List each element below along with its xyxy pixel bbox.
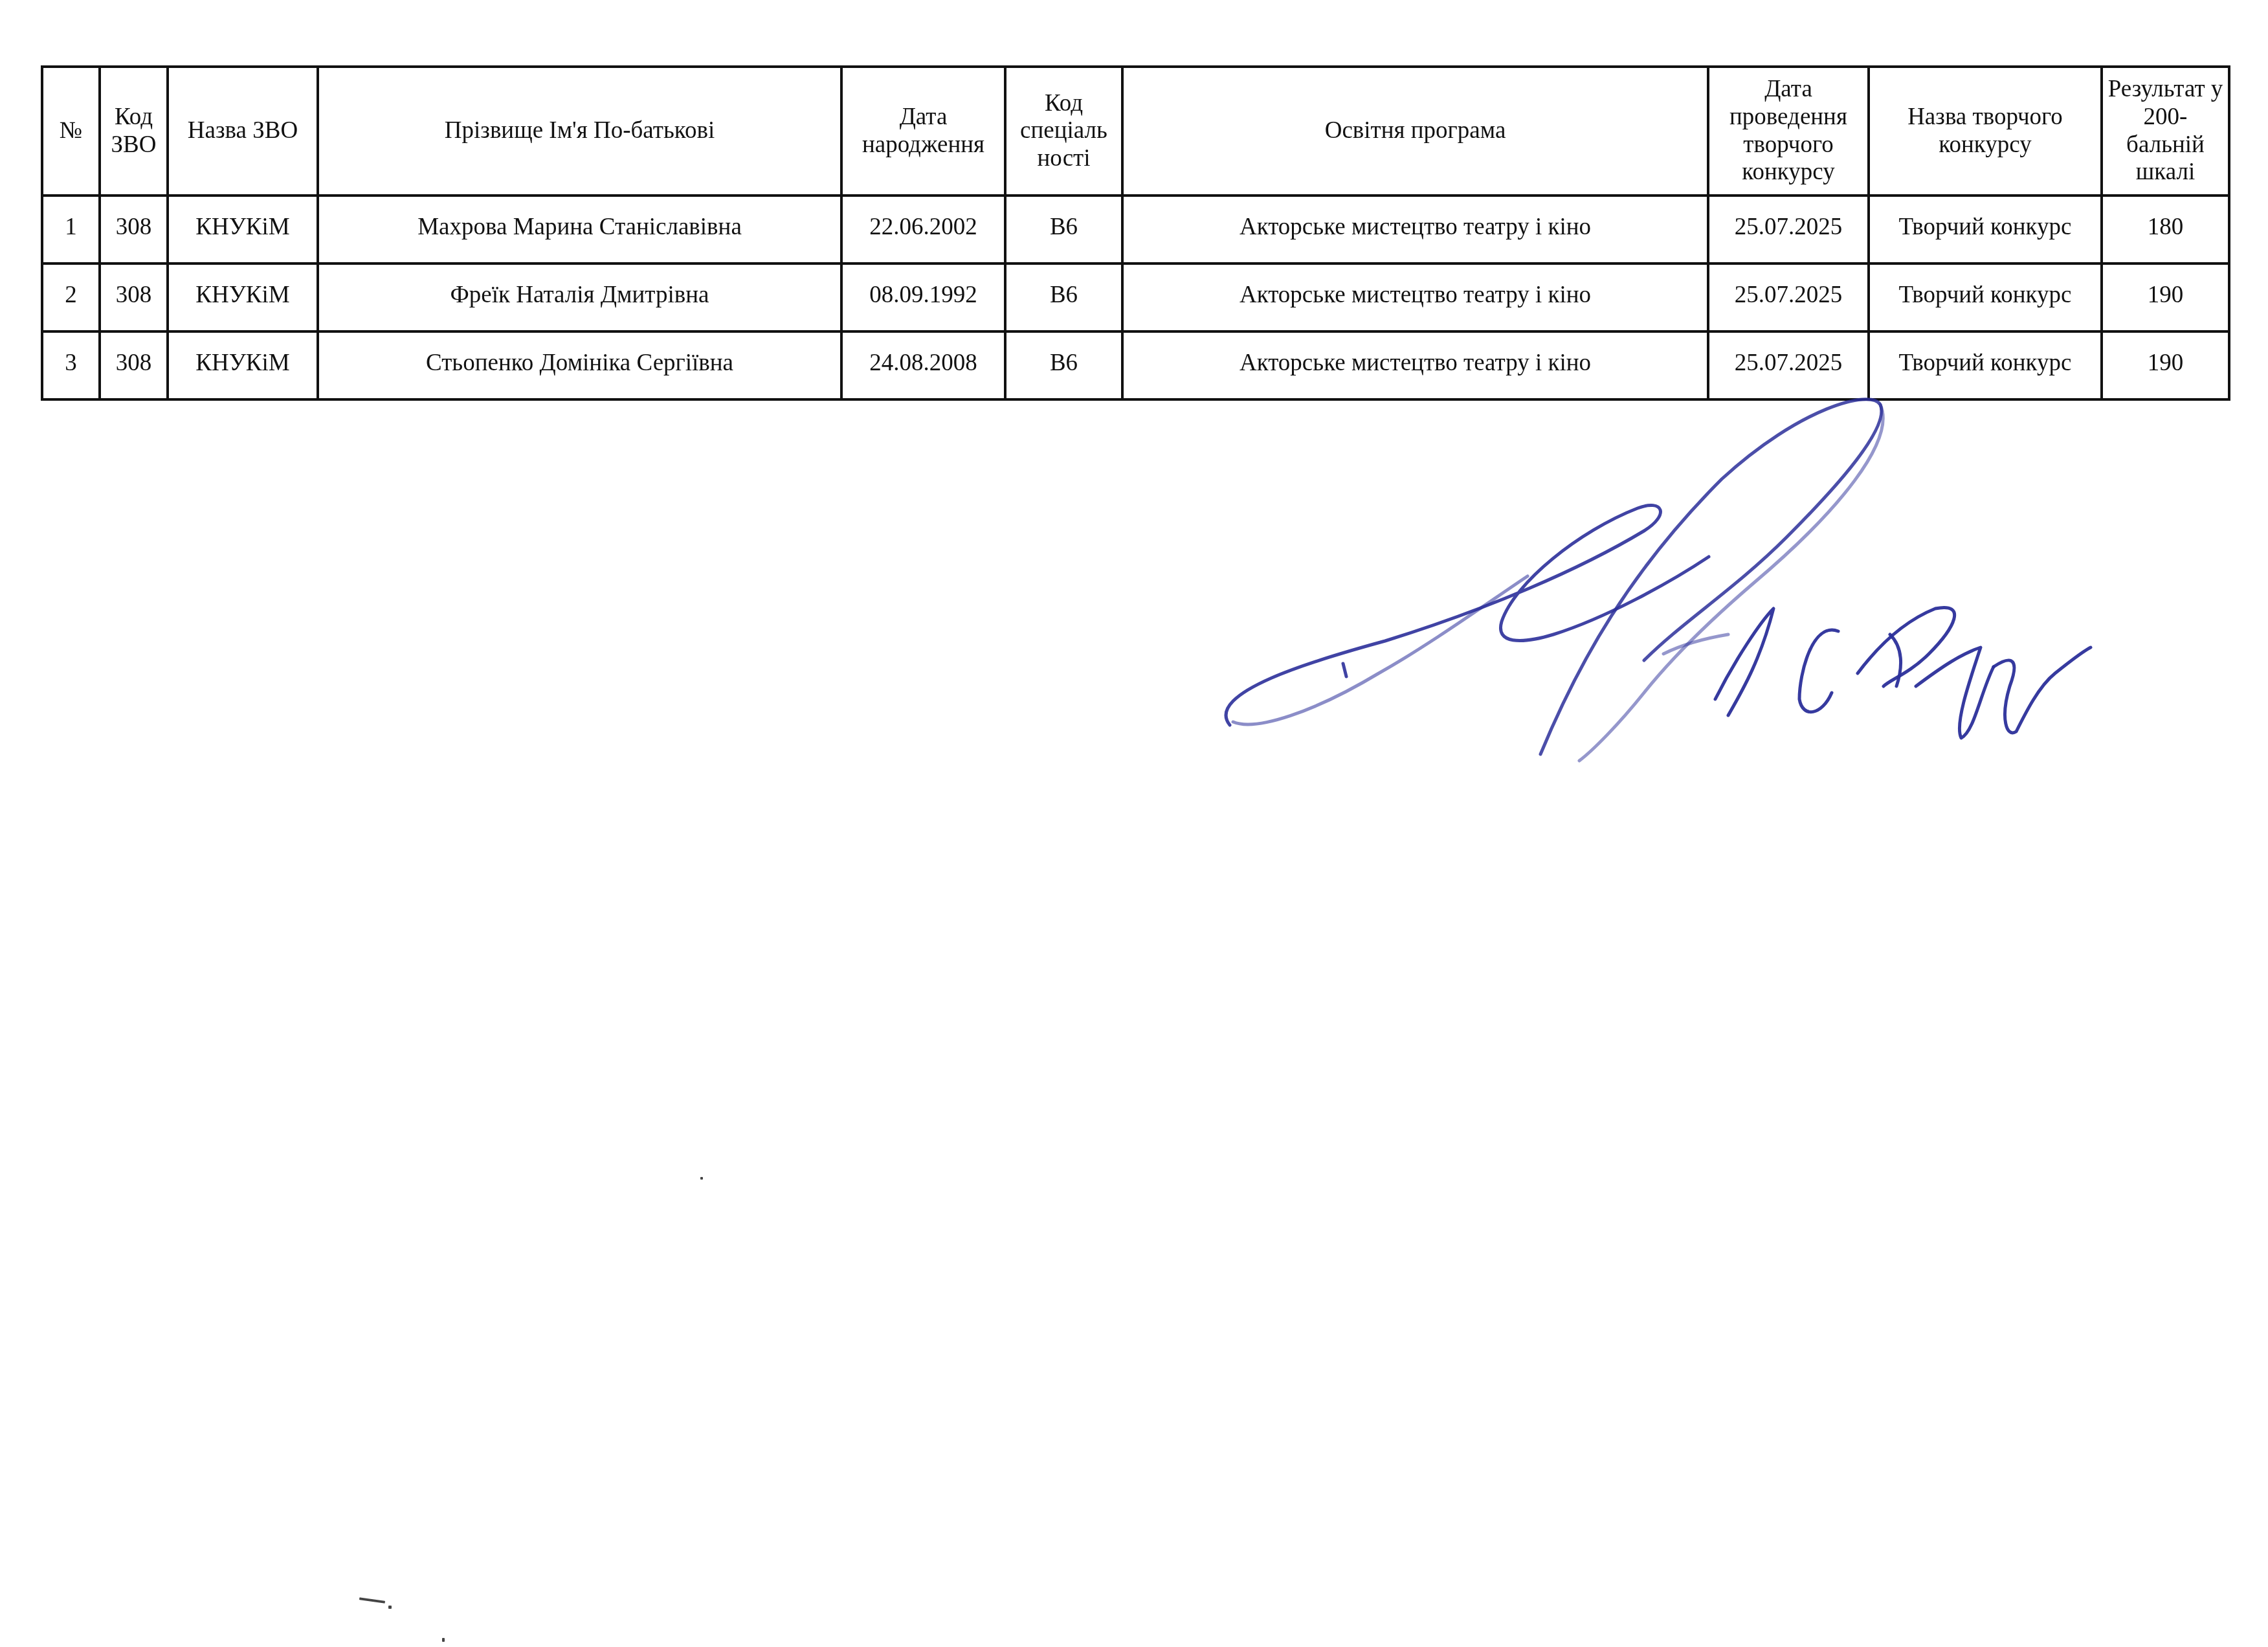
- table-row: 1 308 КНУКіМ Махрова Марина Станіславівн…: [42, 196, 2229, 263]
- scan-speck: [359, 1597, 385, 1604]
- header-score: Результат у 200-бальній шкалі: [2102, 67, 2229, 196]
- header-birth-date: Дата народження: [841, 67, 1005, 196]
- cell-contest-name: Творчий конкурс: [1869, 263, 2102, 331]
- cell-number: 3: [42, 331, 100, 399]
- scan-speck: [700, 1177, 703, 1180]
- cell-institution-code: 308: [100, 331, 168, 399]
- cell-specialty-code: В6: [1005, 263, 1122, 331]
- header-specialty-code: Код спеціаль ності: [1005, 67, 1122, 196]
- cell-specialty-code: В6: [1005, 196, 1122, 263]
- cell-institution-code: 308: [100, 263, 168, 331]
- cell-contest-date: 25.07.2025: [1708, 263, 1869, 331]
- header-row: № Код ЗВО Назва ЗВО Прізвище Ім'я По-бат…: [42, 67, 2229, 196]
- cell-score: 190: [2102, 263, 2229, 331]
- cell-institution-name: КНУКіМ: [168, 331, 318, 399]
- header-contest-date: Дата проведення творчого конкурсу: [1708, 67, 1869, 196]
- header-institution-name: Назва ЗВО: [168, 67, 318, 196]
- cell-birth-date: 22.06.2002: [841, 196, 1005, 263]
- cell-contest-name: Творчий конкурс: [1869, 196, 2102, 263]
- cell-specialty-code: В6: [1005, 331, 1122, 399]
- cell-full-name: Махрова Марина Станіславівна: [318, 196, 841, 263]
- header-contest-name: Назва творчого конкурсу: [1869, 67, 2102, 196]
- cell-institution-code: 308: [100, 196, 168, 263]
- header-program: Освітня програма: [1122, 67, 1708, 196]
- table-row: 2 308 КНУКіМ Фреїк Наталія Дмитрівна 08.…: [42, 263, 2229, 331]
- header-full-name: Прізвище Ім'я По-батькові: [318, 67, 841, 196]
- scan-speck: [388, 1606, 392, 1609]
- cell-institution-name: КНУКіМ: [168, 196, 318, 263]
- signature-icon: [1217, 388, 2136, 777]
- cell-institution-name: КНУКіМ: [168, 263, 318, 331]
- cell-number: 1: [42, 196, 100, 263]
- cell-score: 180: [2102, 196, 2229, 263]
- header-number: №: [42, 67, 100, 196]
- results-table: № Код ЗВО Назва ЗВО Прізвище Ім'я По-бат…: [41, 65, 2230, 401]
- cell-birth-date: 08.09.1992: [841, 263, 1005, 331]
- cell-full-name: Фреїк Наталія Дмитрівна: [318, 263, 841, 331]
- cell-program: Акторське мистецтво театру і кіно: [1122, 263, 1708, 331]
- cell-program: Акторське мистецтво театру і кіно: [1122, 196, 1708, 263]
- cell-full-name: Стьопенко Домініка Сергіївна: [318, 331, 841, 399]
- scan-speck: [442, 1638, 445, 1642]
- cell-birth-date: 24.08.2008: [841, 331, 1005, 399]
- cell-contest-date: 25.07.2025: [1708, 196, 1869, 263]
- cell-number: 2: [42, 263, 100, 331]
- header-institution-code: Код ЗВО: [100, 67, 168, 196]
